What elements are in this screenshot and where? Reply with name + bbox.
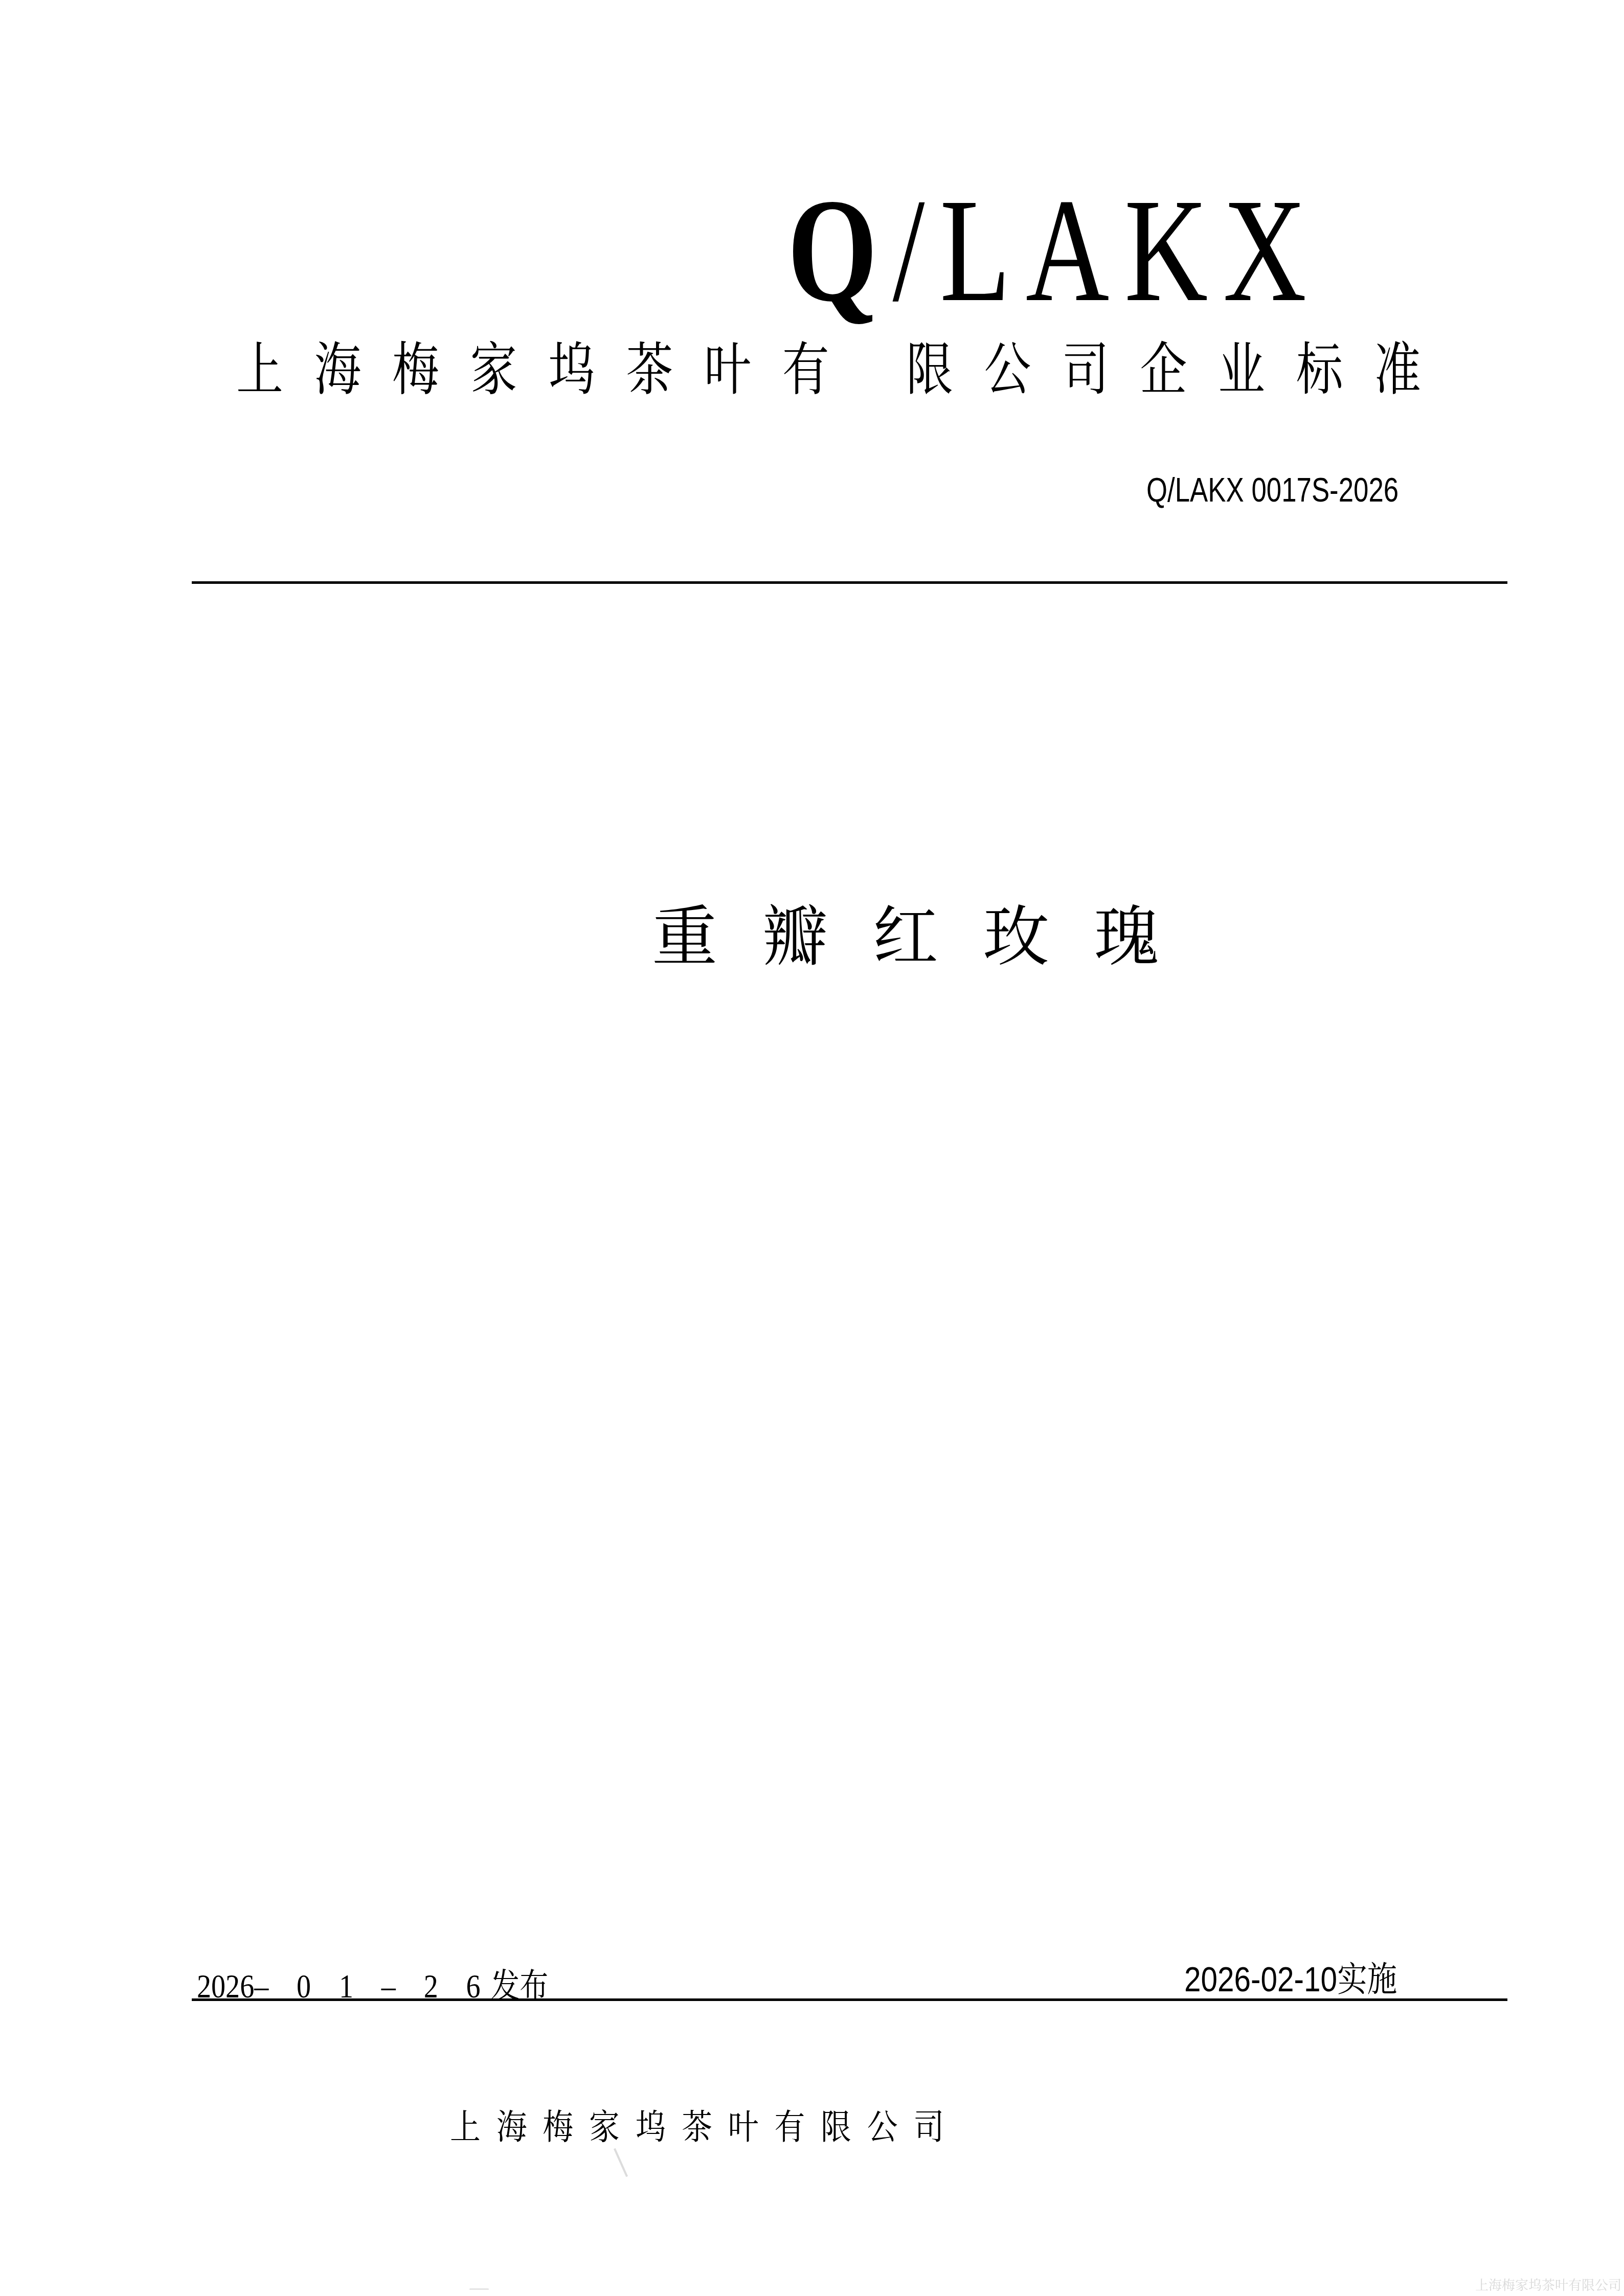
issuing-organization: 上海梅家坞茶叶有限公司 [450, 2110, 960, 2145]
watermark: 上海梅家坞茶叶有限公司 [1475, 2279, 1621, 2292]
header-divider [192, 581, 1507, 584]
scan-artifact [614, 2148, 628, 2177]
standard-code-prefix: Q [787, 168, 893, 332]
document-number: Q/LAKX 0017S-2026 [1146, 473, 1399, 507]
scan-artifact [469, 2288, 489, 2290]
standard-code-rest: /LAKX [893, 168, 1322, 332]
effective-label: 实施 [1337, 1960, 1397, 2000]
standard-code: Q/LAKX [787, 176, 1322, 325]
date-divider [192, 1998, 1507, 2001]
effective-date: 2026-02-10实施 [1184, 1962, 1397, 1997]
effective-date-value: 2026-02-10 [1184, 1960, 1337, 1999]
organization-standard-heading: 上海梅家坞茶叶有 限公司企业标准 [236, 342, 1452, 399]
document-title: 重瓣红玫瑰 [652, 905, 1204, 970]
